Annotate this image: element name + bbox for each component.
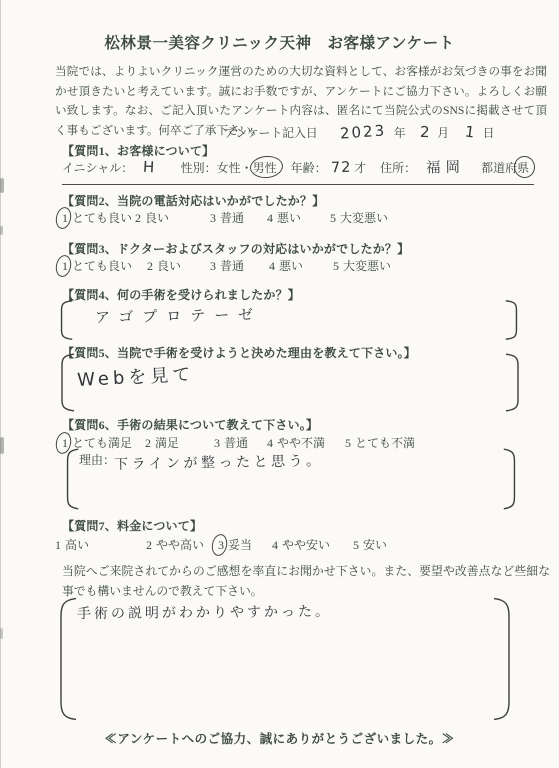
q5-answer-handwritten: Webを見て <box>76 360 194 392</box>
option-label: 悪い <box>279 259 303 273</box>
option-number: 5 <box>330 211 336 226</box>
option-label: とても不満 <box>355 436 415 450</box>
q4-heading: 【質問4、何の手術を受けられましたか？】 <box>62 286 300 303</box>
option-number: 4 <box>272 538 278 553</box>
option-number: 3 <box>210 211 216 226</box>
option-5: 5とても不満 <box>345 434 415 451</box>
answer-bracket-left <box>58 353 76 412</box>
option-number: 2 <box>147 259 153 274</box>
option-number: 1 <box>55 538 61 553</box>
initial-label: イニシャル： <box>62 159 133 176</box>
q2-heading: 【質問2、当院の電話対応はいかがでしたか？】 <box>62 192 324 209</box>
option-1: 1高い <box>55 536 89 553</box>
option-label: 悪い <box>277 211 301 225</box>
option-number: 4 <box>269 259 275 274</box>
gender-label: 性別：女性・ <box>181 159 253 176</box>
option-label: 大変悪い <box>340 211 388 225</box>
circled-answer-number: 1 <box>62 211 68 226</box>
option-4: 4やや安い <box>272 536 330 553</box>
option-number: 2 <box>135 211 141 226</box>
q6-reason-handwritten: 下ラインが整ったと思う。 <box>114 450 324 474</box>
option-5: 5安い <box>353 536 387 553</box>
address-label: 住所： <box>380 159 416 176</box>
date-year-handwritten: 2023 <box>339 121 386 142</box>
option-2: 2良い <box>147 257 181 274</box>
option-label: 安い <box>363 538 387 552</box>
option-number: 5 <box>345 436 351 451</box>
option-4: 4悪い <box>267 209 301 226</box>
option-label: やや安い <box>282 538 330 552</box>
feedback-answer-handwritten: 手術の説明がわかりやすかった。 <box>77 601 332 623</box>
q5-heading: 【質問5、当院で手術を受けようと決めた理由を教えて下さい。】 <box>62 344 416 361</box>
option-3: 3普通 <box>210 209 244 226</box>
scan-artifact <box>0 628 3 639</box>
option-label: やや高い <box>156 538 204 552</box>
date-day-handwritten: 1 <box>464 122 476 141</box>
option-4: 4悪い <box>269 257 303 274</box>
option-5: 5大変悪い <box>330 209 388 226</box>
initial-handwritten: H <box>143 158 155 177</box>
option-1: 1とても良い <box>62 209 132 226</box>
option-5: 5大変悪い <box>333 257 391 274</box>
scan-artifact <box>0 437 4 454</box>
q2-options: 1とても良い2良い3普通4悪い5大変悪い <box>62 209 552 229</box>
option-label: 普通 <box>224 436 248 450</box>
date-line: アンケート記入日 2023 年 2 月 1 日 <box>224 123 494 141</box>
option-2: 2満足 <box>145 434 179 451</box>
date-month-unit: 月 <box>437 124 449 141</box>
option-label: 満足 <box>155 436 179 450</box>
age-handwritten: 72 <box>330 160 351 177</box>
option-label: 良い <box>157 259 181 273</box>
address-handwritten: 福岡 <box>426 156 465 178</box>
option-4: 4やや不満 <box>267 434 325 451</box>
date-year-unit: 年 <box>394 124 406 141</box>
age-unit: 才 <box>354 159 366 176</box>
option-label: やや不満 <box>277 436 325 450</box>
age-label: 年齢： <box>291 159 327 176</box>
date-month-handwritten: 2 <box>419 123 429 141</box>
option-3: 3普通 <box>210 257 244 274</box>
option-2: 2やや高い <box>146 536 204 553</box>
feedback-bracket-left <box>56 596 78 722</box>
option-label: 大変悪い <box>343 259 391 273</box>
q3-options: 1とても良い2良い3普通4悪い5大変悪い <box>62 257 552 277</box>
option-label: とても良い <box>72 211 132 225</box>
address-unit-circled: 県 <box>517 159 529 176</box>
scanned-survey-page: 松林景一美容クリニック天神 お客様アンケート 当院では、よりよいクリニック運営の… <box>0 0 559 768</box>
address-unit-prefix: 都道府 <box>481 159 517 176</box>
option-number: 3 <box>214 436 220 451</box>
option-3: 3妥当 <box>218 536 252 553</box>
date-day-unit: 日 <box>483 124 495 141</box>
option-1: 1とても良い <box>62 257 132 274</box>
page-title: 松林景一美容クリニック天神 お客様アンケート <box>0 31 559 53</box>
q7-heading: 【質問7、料金について】 <box>62 517 202 534</box>
q4-answer-handwritten: アゴプロテーゼ <box>95 304 262 328</box>
option-label: 良い <box>145 211 169 225</box>
answer-bracket-right <box>504 353 522 412</box>
option-label: 普通 <box>220 211 244 225</box>
customer-info-row: イニシャル： H 性別：女性・ 男性 年齢： 72 才 住所： 福岡 都道府 県 <box>62 156 534 185</box>
circled-answer-number: 1 <box>62 259 68 274</box>
option-number: 4 <box>267 211 273 226</box>
reason-bracket-right <box>502 448 518 510</box>
option-number: 3 <box>210 259 216 274</box>
circled-answer-number: 3 <box>218 538 224 553</box>
reason-label: 理由： <box>79 451 115 468</box>
option-number: 2 <box>145 436 151 451</box>
option-3: 3普通 <box>214 434 248 451</box>
option-label: とても良い <box>72 259 132 273</box>
option-number: 5 <box>353 538 359 553</box>
option-label: 高い <box>65 538 89 552</box>
reason-bracket-left <box>64 448 80 510</box>
option-number: 5 <box>333 259 339 274</box>
answer-bracket-left <box>58 300 74 340</box>
option-label: 普通 <box>220 259 244 273</box>
option-label: とても満足 <box>72 436 132 450</box>
option-number: 2 <box>146 538 152 553</box>
option-label: 妥当 <box>228 538 252 552</box>
gender-selected-value: 男性 <box>253 159 277 176</box>
date-label: アンケート記入日 <box>224 124 318 141</box>
footer-thanks: ≪アンケートへのご協力、誠にありがとうございました。≫ <box>0 729 559 747</box>
option-2: 2良い <box>135 209 169 226</box>
scan-artifact <box>0 178 4 193</box>
scan-artifact <box>0 226 3 235</box>
q6-heading: 【質問6、手術の結果について教えて下さい。】 <box>62 416 318 433</box>
feedback-prompt: 当院へご来院されてからのご感想を率直にお聞かせ下さい。また、要望や改善点など些細… <box>62 562 550 601</box>
option-number: 4 <box>267 436 273 451</box>
answer-bracket-right <box>504 300 520 340</box>
q3-heading: 【質問3、ドクターおよびスタッフの対応はいかがでしたか？】 <box>62 240 409 257</box>
feedback-bracket-right <box>492 596 514 722</box>
scan-edge-line <box>0 0 1 768</box>
q7-options: 1高い2やや高い3妥当4やや安い5安い <box>55 536 545 556</box>
